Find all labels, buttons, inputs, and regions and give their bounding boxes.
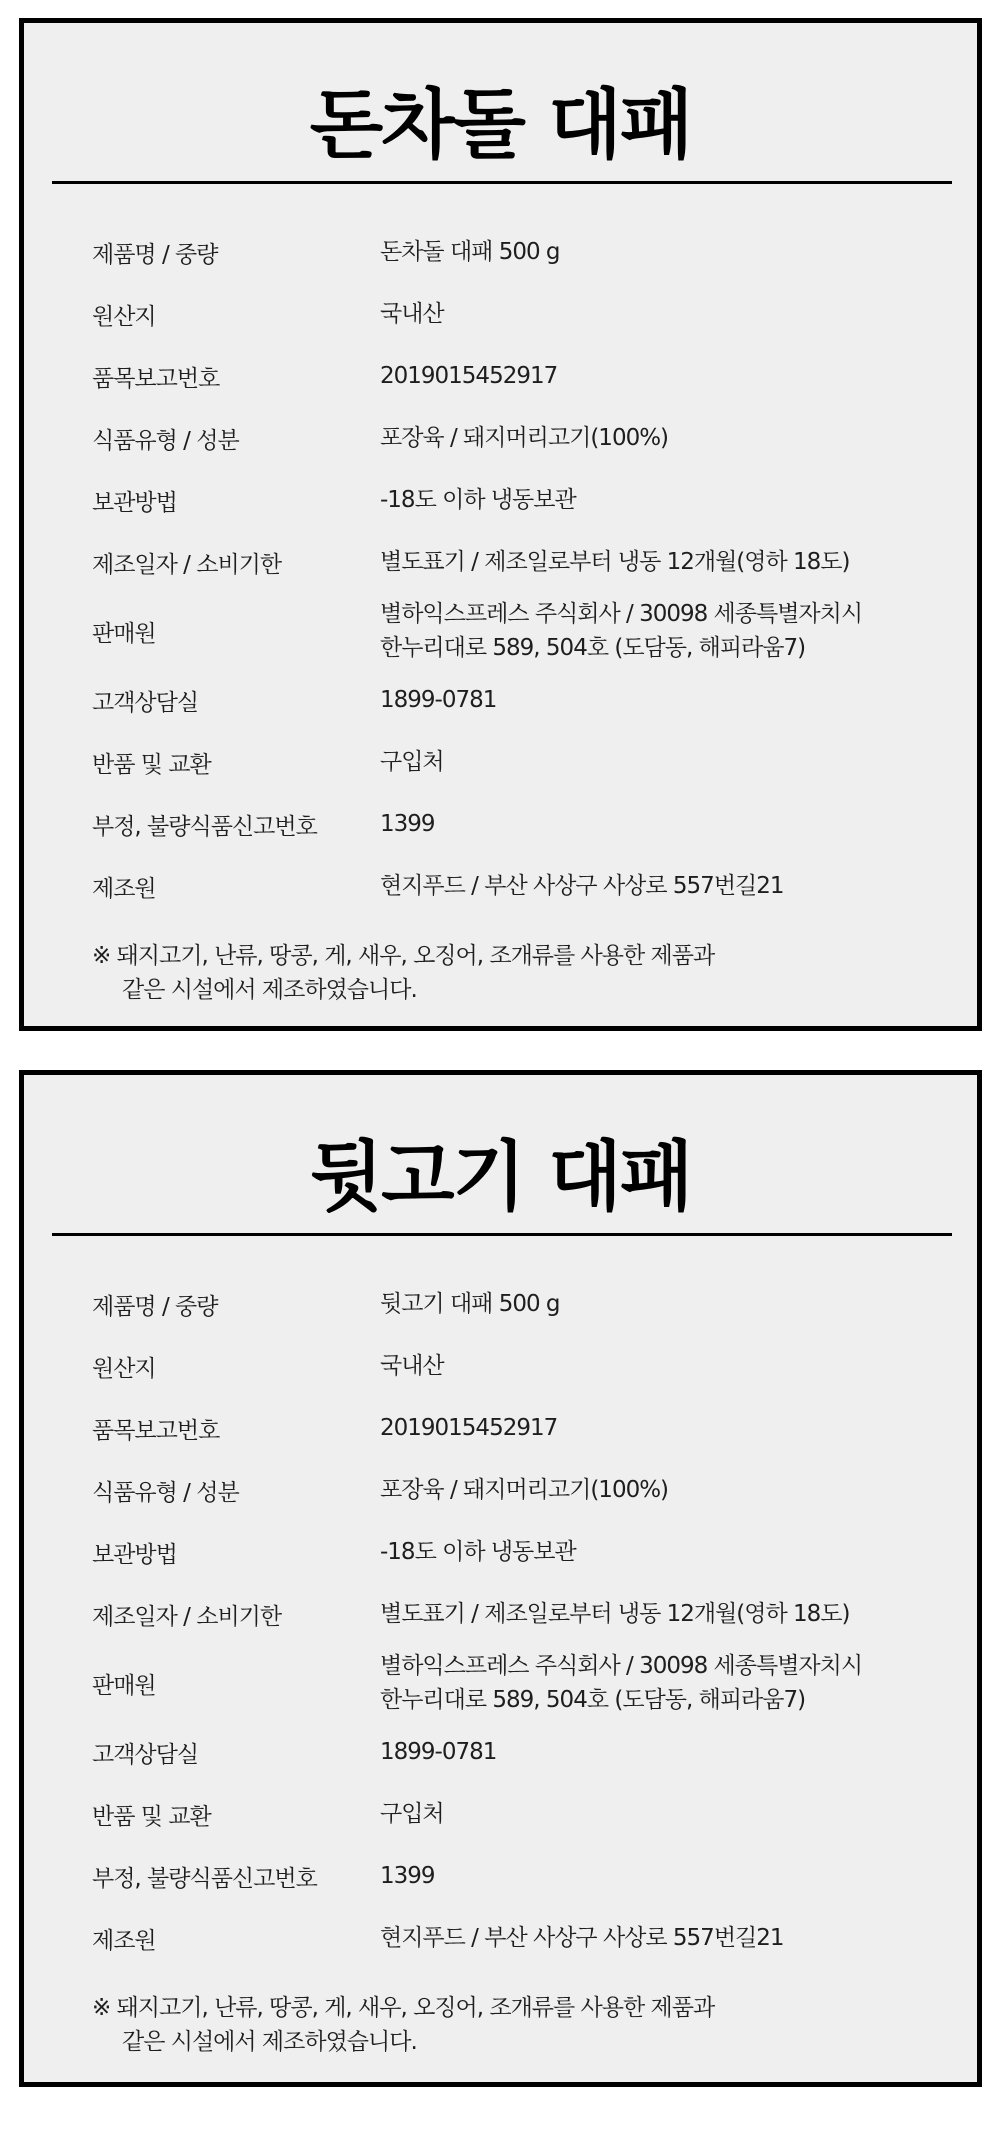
row-label: 식품유형 / 성분 xyxy=(92,422,380,455)
info-row-product-name: 제품명 / 중량 돈차돌 대패 500 g xyxy=(92,221,952,283)
row-value-line2: 한누리대로 589, 504호 (도담동, 해피라움7) xyxy=(380,1683,862,1717)
row-label: 원산지 xyxy=(92,298,380,331)
row-label: 부정, 불량식품신고번호 xyxy=(92,808,380,841)
row-value: 구입처 xyxy=(380,745,444,779)
note-line1: ※ 돼지고기, 난류, 땅콩, 게, 새우, 오징어, 조개류를 사용한 제품과 xyxy=(92,943,714,969)
info-row-food-type: 식품유형 / 성분 포장육 / 돼지머리고기(100%) xyxy=(92,407,952,469)
row-value: 2019015452917 xyxy=(380,359,557,393)
row-value: -18도 이하 냉동보관 xyxy=(380,483,576,517)
info-row-customer-service: 고객상담실 1899-0781 xyxy=(92,669,952,731)
row-value: 국내산 xyxy=(380,1349,444,1383)
note-line2: 같은 시설에서 제조하였습니다. xyxy=(92,973,952,1007)
row-value: 구입처 xyxy=(380,1797,444,1831)
info-row-report-number: 품목보고번호 2019015452917 xyxy=(92,1397,952,1459)
row-value: -18도 이하 냉동보관 xyxy=(380,1535,576,1569)
title-divider xyxy=(52,181,952,184)
row-label: 제조원 xyxy=(92,1922,380,1955)
info-row-returns: 반품 및 교환 구입처 xyxy=(92,731,952,793)
title-divider xyxy=(52,1233,952,1236)
info-row-manufacturer: 제조원 현지푸드 / 부산 사상구 사상로 557번길21 xyxy=(92,1907,952,1969)
info-row-customer-service: 고객상담실 1899-0781 xyxy=(92,1721,952,1783)
info-row-report-hotline: 부정, 불량식품신고번호 1399 xyxy=(92,793,952,855)
row-value: 별도표기 / 제조일로부터 냉동 12개월(영하 18도) xyxy=(380,545,850,579)
row-label: 부정, 불량식품신고번호 xyxy=(92,1860,380,1893)
info-row-seller: 판매원 별하익스프레스 주식회사 / 30098 세종특별자치시 한누리대로 5… xyxy=(92,593,952,669)
product-title: 뒷고기 대패 xyxy=(24,1127,977,1227)
product-title: 돈차돌 대패 xyxy=(24,75,977,175)
info-row-seller: 판매원 별하익스프레스 주식회사 / 30098 세종특별자치시 한누리대로 5… xyxy=(92,1645,952,1721)
row-value: 현지푸드 / 부산 사상구 사상로 557번길21 xyxy=(380,1921,784,1955)
row-label: 반품 및 교환 xyxy=(92,1798,380,1831)
row-value: 1899-0781 xyxy=(380,683,496,717)
info-table: 제품명 / 중량 뒷고기 대패 500 g 원산지 국내산 품목보고번호 201… xyxy=(92,1273,952,2059)
info-row-expiry: 제조일자 / 소비기한 별도표기 / 제조일로부터 냉동 12개월(영하 18도… xyxy=(92,531,952,593)
row-label: 판매원 xyxy=(92,1667,380,1700)
row-value: 별하익스프레스 주식회사 / 30098 세종특별자치시 한누리대로 589, … xyxy=(380,1649,862,1717)
info-row-manufacturer: 제조원 현지푸드 / 부산 사상구 사상로 557번길21 xyxy=(92,855,952,917)
row-value: 1399 xyxy=(380,1859,435,1893)
row-value-line1: 별하익스프레스 주식회사 / 30098 세종특별자치시 xyxy=(380,597,862,631)
row-value: 1899-0781 xyxy=(380,1735,496,1769)
row-label: 원산지 xyxy=(92,1350,380,1383)
row-value: 별하익스프레스 주식회사 / 30098 세종특별자치시 한누리대로 589, … xyxy=(380,597,862,665)
info-row-expiry: 제조일자 / 소비기한 별도표기 / 제조일로부터 냉동 12개월(영하 18도… xyxy=(92,1583,952,1645)
row-value: 돈차돌 대패 500 g xyxy=(380,235,560,269)
info-row-origin: 원산지 국내산 xyxy=(92,1335,952,1397)
row-label: 보관방법 xyxy=(92,484,380,517)
row-label: 제조일자 / 소비기한 xyxy=(92,546,380,579)
note-line2: 같은 시설에서 제조하였습니다. xyxy=(92,2025,952,2059)
info-row-origin: 원산지 국내산 xyxy=(92,283,952,345)
row-label: 보관방법 xyxy=(92,1536,380,1569)
row-label: 고객상담실 xyxy=(92,684,380,717)
product-info-card-dwitgogi: 뒷고기 대패 제품명 / 중량 뒷고기 대패 500 g 원산지 국내산 품목보… xyxy=(19,1070,982,2087)
info-row-report-hotline: 부정, 불량식품신고번호 1399 xyxy=(92,1845,952,1907)
row-label: 고객상담실 xyxy=(92,1736,380,1769)
row-label: 제품명 / 중량 xyxy=(92,236,380,269)
row-value: 국내산 xyxy=(380,297,444,331)
allergen-note: ※ 돼지고기, 난류, 땅콩, 게, 새우, 오징어, 조개류를 사용한 제품과… xyxy=(92,939,952,1007)
row-label: 제조일자 / 소비기한 xyxy=(92,1598,380,1631)
row-label: 품목보고번호 xyxy=(92,1412,380,1445)
info-row-food-type: 식품유형 / 성분 포장육 / 돼지머리고기(100%) xyxy=(92,1459,952,1521)
row-label: 식품유형 / 성분 xyxy=(92,1474,380,1507)
row-value-line1: 별하익스프레스 주식회사 / 30098 세종특별자치시 xyxy=(380,1649,862,1683)
row-label: 품목보고번호 xyxy=(92,360,380,393)
row-value: 포장육 / 돼지머리고기(100%) xyxy=(380,1473,668,1507)
row-label: 제조원 xyxy=(92,870,380,903)
info-table: 제품명 / 중량 돈차돌 대패 500 g 원산지 국내산 품목보고번호 201… xyxy=(92,221,952,1007)
row-value: 포장육 / 돼지머리고기(100%) xyxy=(380,421,668,455)
info-row-report-number: 품목보고번호 2019015452917 xyxy=(92,345,952,407)
row-value: 현지푸드 / 부산 사상구 사상로 557번길21 xyxy=(380,869,784,903)
row-value: 1399 xyxy=(380,807,435,841)
info-row-product-name: 제품명 / 중량 뒷고기 대패 500 g xyxy=(92,1273,952,1335)
row-value-line2: 한누리대로 589, 504호 (도담동, 해피라움7) xyxy=(380,631,862,665)
row-value: 별도표기 / 제조일로부터 냉동 12개월(영하 18도) xyxy=(380,1597,850,1631)
row-label: 제품명 / 중량 xyxy=(92,1288,380,1321)
allergen-note: ※ 돼지고기, 난류, 땅콩, 게, 새우, 오징어, 조개류를 사용한 제품과… xyxy=(92,1991,952,2059)
product-info-card-dongchadol: 돈차돌 대패 제품명 / 중량 돈차돌 대패 500 g 원산지 국내산 품목보… xyxy=(19,18,982,1031)
note-line1: ※ 돼지고기, 난류, 땅콩, 게, 새우, 오징어, 조개류를 사용한 제품과 xyxy=(92,1995,714,2021)
info-row-storage: 보관방법 -18도 이하 냉동보관 xyxy=(92,1521,952,1583)
row-label: 판매원 xyxy=(92,615,380,648)
info-row-returns: 반품 및 교환 구입처 xyxy=(92,1783,952,1845)
row-value: 뒷고기 대패 500 g xyxy=(380,1287,560,1321)
row-value: 2019015452917 xyxy=(380,1411,557,1445)
row-label: 반품 및 교환 xyxy=(92,746,380,779)
info-row-storage: 보관방법 -18도 이하 냉동보관 xyxy=(92,469,952,531)
